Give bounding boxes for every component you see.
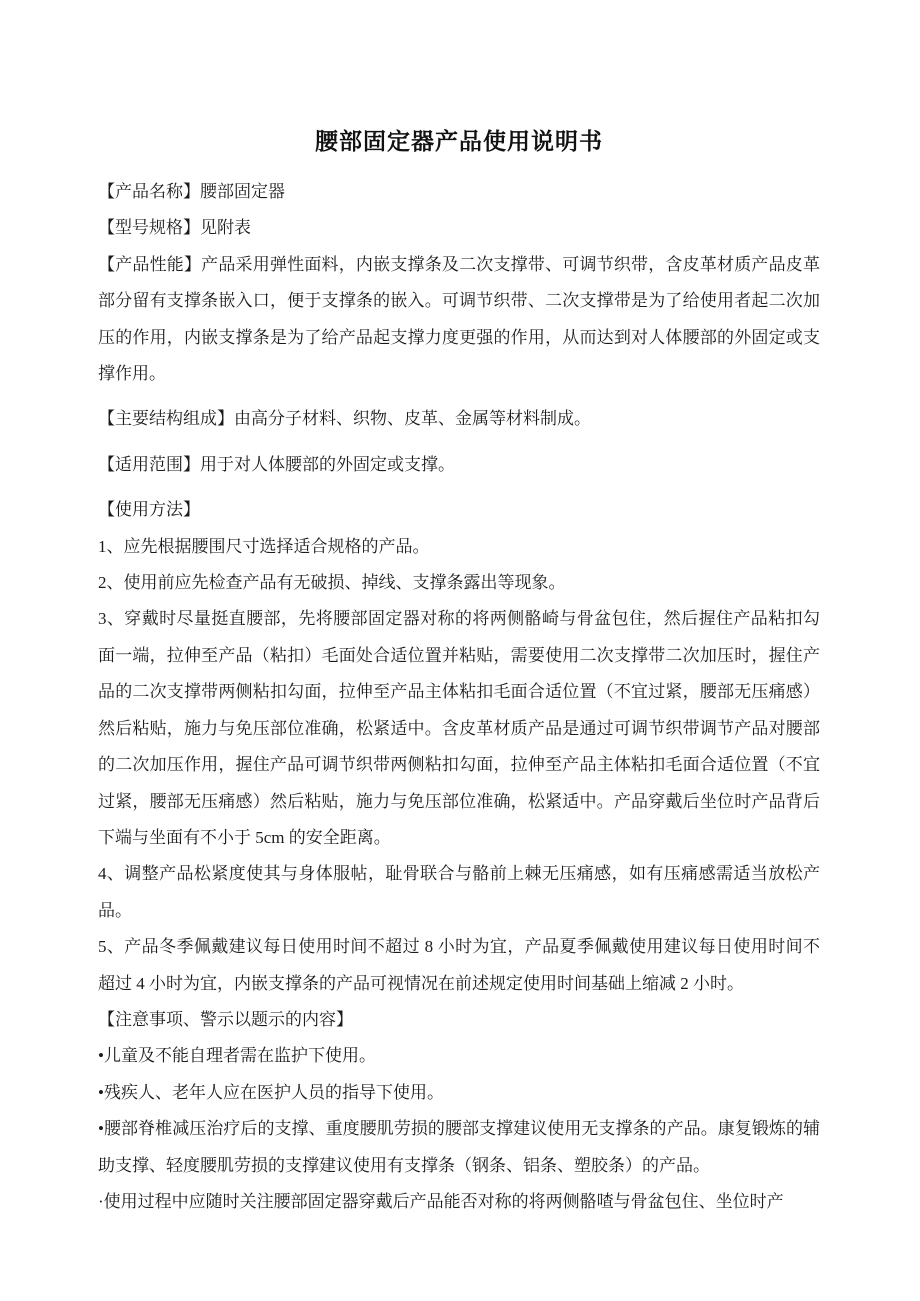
- document-title: 腰部固定器产品使用说明书: [98, 122, 820, 162]
- usage-step-3: 3、穿戴时尽量挺直腰部，先将腰部固定器对称的将两侧骼崎与骨盆包住，然后握住产品粘…: [98, 601, 820, 856]
- precaution-bullet-3: •腰部脊椎减压治疗后的支撑、重度腰肌劳损的腰部支撑建议使用无支撑条的产品。康复锻…: [98, 1111, 820, 1184]
- para-product-name: 【产品名称】腰部固定器: [98, 174, 820, 210]
- para-model-spec: 【型号规格】见附表: [98, 210, 820, 246]
- usage-step-4: 4、调整产品松紧度使其与身体服帖，耻骨联合与骼前上棘无压痛感，如有压痛感需适当放…: [98, 856, 820, 929]
- precaution-bullet-2: •残疾人、老年人应在医护人员的指导下使用。: [98, 1075, 820, 1111]
- usage-step-5: 5、产品冬季佩戴建议每日使用时间不超过 8 小时为宜，产品夏季佩戴使用建议每日使…: [98, 929, 820, 1002]
- usage-step-1: 1、应先根据腰围尺寸选择适合规格的产品。: [98, 529, 820, 565]
- precaution-bullet-1: •儿童及不能自理者需在监护下使用。: [98, 1038, 820, 1074]
- para-scope: 【适用范围】用于对人体腰部的外固定或支撑。: [98, 447, 820, 483]
- heading-usage: 【使用方法】: [98, 492, 820, 528]
- para-structure: 【主要结构组成】由高分子材料、织物、皮革、金属等材料制成。: [98, 401, 820, 437]
- heading-precautions: 【注意事项、警示以题示的内容】: [98, 1002, 820, 1038]
- document-page: 腰部固定器产品使用说明书 【产品名称】腰部固定器 【型号规格】见附表 【产品性能…: [0, 0, 920, 1301]
- para-performance: 【产品性能】产品采用弹性面料，内嵌支撑条及二次支撑带、可调节织带，含皮革材质产品…: [98, 247, 820, 393]
- usage-step-2: 2、使用前应先检查产品有无破损、掉线、支撑条露出等现象。: [98, 565, 820, 601]
- precaution-bullet-4: ·使用过程中应随时关注腰部固定器穿戴后产品能否对称的将两侧骼喳与骨盆包住、坐位时…: [98, 1184, 820, 1220]
